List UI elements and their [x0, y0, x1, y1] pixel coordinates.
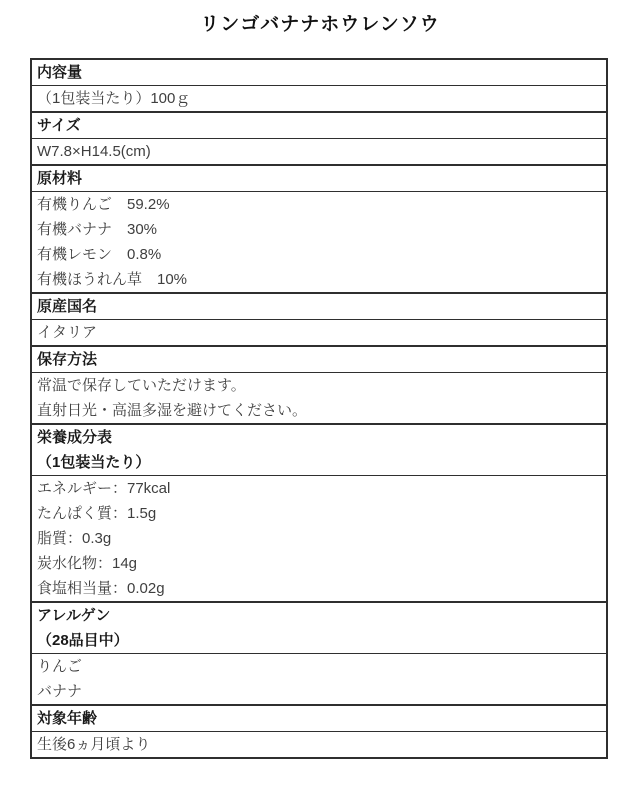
header-line-2: （28品目中） — [32, 628, 606, 653]
ingredient-line-spinach: 有機ほうれん草 10% — [32, 267, 606, 292]
header-line-2: （1包装当たり） — [32, 450, 606, 475]
ingredient-line-lemon: 有機レモン 0.8% — [32, 242, 606, 267]
storage-method-header: 保存方法 — [32, 347, 606, 373]
country-of-origin-value: イタリア — [32, 320, 606, 345]
header-line: サイズ — [32, 113, 606, 138]
storage-line-1: 常温で保存していただけます。 — [32, 373, 606, 398]
nutrition-line-carbohydrate: 炭水化物：14g — [32, 551, 606, 576]
contents-amount-value: （1包装当たり）100ｇ — [32, 86, 606, 111]
section-allergens: アレルゲン （28品目中） りんご バナナ — [32, 603, 606, 706]
section-contents-amount: 内容量 （1包装当たり）100ｇ — [32, 60, 606, 113]
content-line: 生後6ヵ月頃より — [32, 732, 606, 757]
content-line: イタリア — [32, 320, 606, 345]
section-storage-method: 保存方法 常温で保存していただけます。 直射日光・高温多湿を避けてください。 — [32, 347, 606, 425]
section-ingredients: 原材料 有機りんご 59.2% 有機バナナ 30% 有機レモン 0.8% 有機ほ… — [32, 166, 606, 294]
header-line: 内容量 — [32, 60, 606, 85]
nutrition-facts-header: 栄養成分表 （1包装当たり） — [32, 425, 606, 476]
storage-method-value: 常温で保存していただけます。 直射日光・高温多湿を避けてください。 — [32, 373, 606, 423]
section-target-age: 対象年齢 生後6ヵ月頃より — [32, 706, 606, 757]
target-age-header: 対象年齢 — [32, 706, 606, 732]
ingredients-header: 原材料 — [32, 166, 606, 192]
header-line: 保存方法 — [32, 347, 606, 372]
allergen-line-apple: りんご — [32, 654, 606, 679]
header-line-1: アレルゲン — [32, 603, 606, 628]
header-line: 原産国名 — [32, 294, 606, 319]
country-of-origin-header: 原産国名 — [32, 294, 606, 320]
content-line: （1包装当たり）100ｇ — [32, 86, 606, 111]
contents-amount-header: 内容量 — [32, 60, 606, 86]
nutrition-line-fat: 脂質：0.3g — [32, 526, 606, 551]
header-line: 原材料 — [32, 166, 606, 191]
page-title: リンゴバナナホウレンソウ — [0, 0, 640, 37]
ingredient-line-apple: 有機りんご 59.2% — [32, 192, 606, 217]
allergens-header: アレルゲン （28品目中） — [32, 603, 606, 654]
nutrition-facts-value: エネルギー：77kcal たんぱく質：1.5g 脂質：0.3g 炭水化物：14g… — [32, 476, 606, 601]
nutrition-line-energy: エネルギー：77kcal — [32, 476, 606, 501]
section-country-of-origin: 原産国名 イタリア — [32, 294, 606, 347]
nutrition-line-protein: たんぱく質：1.5g — [32, 501, 606, 526]
allergen-line-banana: バナナ — [32, 679, 606, 704]
section-size: サイズ W7.8×H14.5(cm) — [32, 113, 606, 166]
ingredient-line-banana: 有機バナナ 30% — [32, 217, 606, 242]
content-line: W7.8×H14.5(cm) — [32, 139, 606, 164]
ingredients-value: 有機りんご 59.2% 有機バナナ 30% 有機レモン 0.8% 有機ほうれん草… — [32, 192, 606, 292]
allergens-value: りんご バナナ — [32, 654, 606, 704]
target-age-value: 生後6ヵ月頃より — [32, 732, 606, 757]
header-line-1: 栄養成分表 — [32, 425, 606, 450]
size-header: サイズ — [32, 113, 606, 139]
header-line: 対象年齢 — [32, 706, 606, 731]
product-info-table: 内容量 （1包装当たり）100ｇ サイズ W7.8×H14.5(cm) 原材料 … — [30, 58, 608, 759]
size-value: W7.8×H14.5(cm) — [32, 139, 606, 164]
section-nutrition-facts: 栄養成分表 （1包装当たり） エネルギー：77kcal たんぱく質：1.5g 脂… — [32, 425, 606, 603]
storage-line-2: 直射日光・高温多湿を避けてください。 — [32, 398, 606, 423]
nutrition-line-salt: 食塩相当量：0.02g — [32, 576, 606, 601]
